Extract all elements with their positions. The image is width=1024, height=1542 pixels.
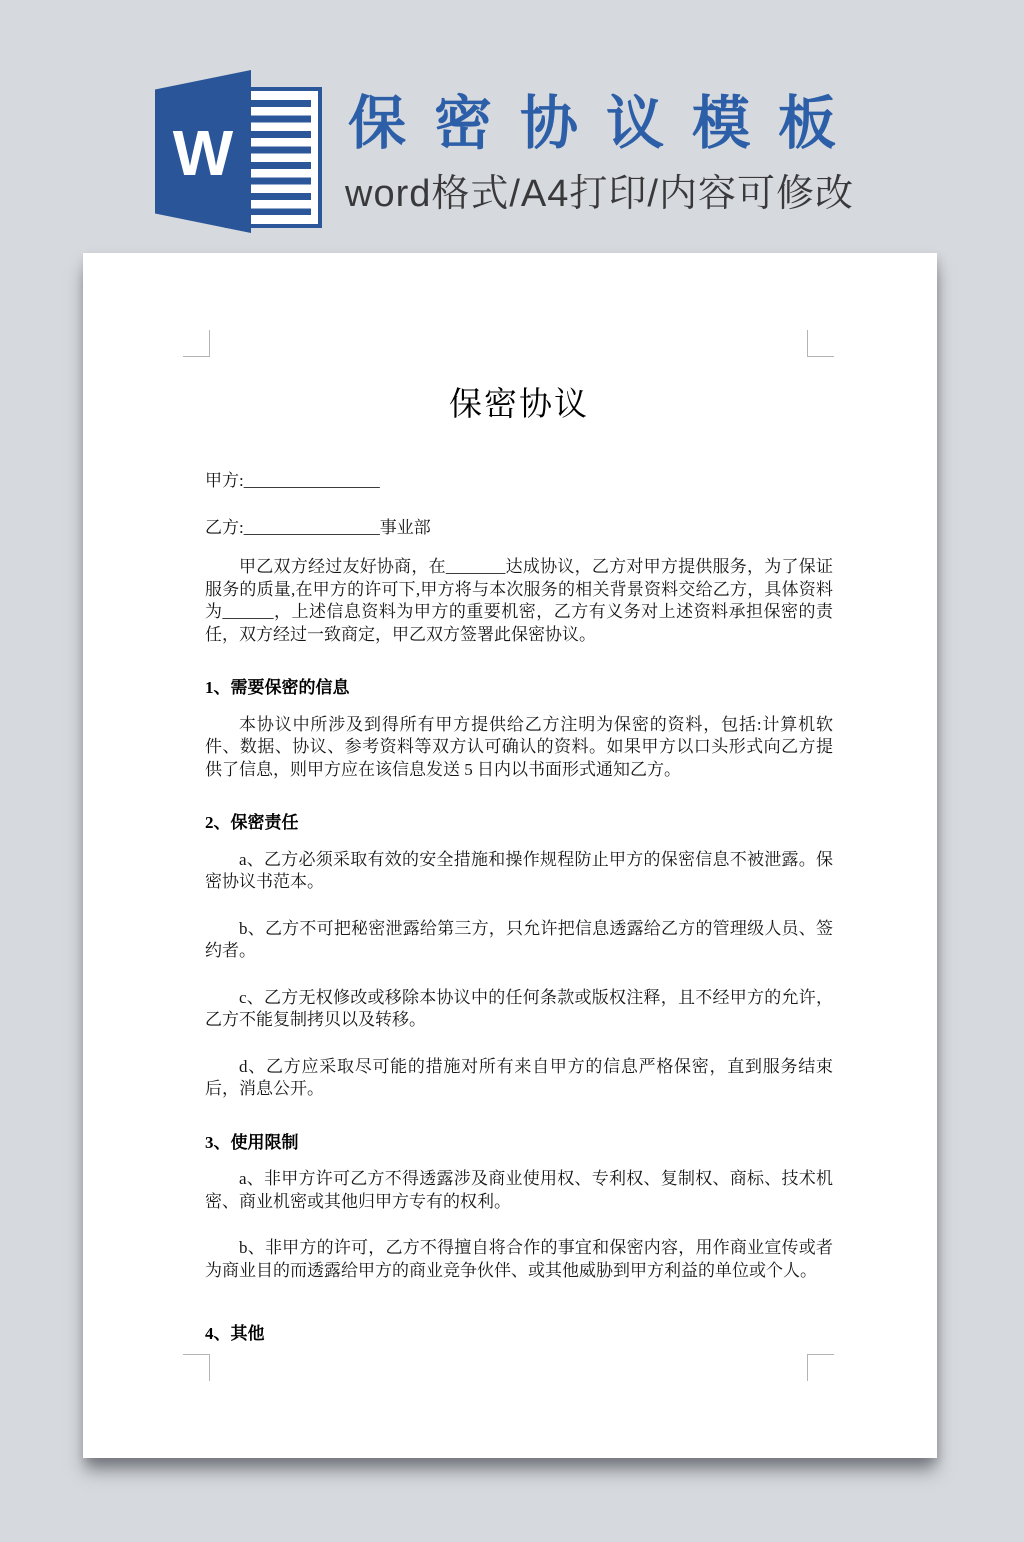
intro-paragraph: 甲乙双方经过友好协商，在_______达成协议，乙方对甲方提供服务，为了保证服务… (205, 556, 833, 646)
template-header: W 保密协议模板 word格式/A4打印/内容可修改 (0, 0, 1024, 253)
word-logo-icon: W (155, 70, 325, 233)
document-content: 保密协议 甲方:________________ 乙方:____________… (205, 253, 833, 1360)
section-2-paragraph-b: b、乙方不可把秘密泄露给第三方，只允许把信息透露给乙方的管理级人员、签约者。 (205, 918, 833, 963)
section-4-heading: 4、其他 (205, 1323, 833, 1346)
document-page: 保密协议 甲方:________________ 乙方:____________… (83, 253, 937, 1458)
section-3-paragraph-b: b、非甲方的许可，乙方不得擅自将合作的事宜和保密内容，用作商业宣传或者为商业目的… (205, 1237, 833, 1282)
section-1-heading: 1、需要保密的信息 (205, 677, 833, 700)
template-title: 保密协议模板 (348, 92, 864, 156)
word-logo-letter: W (173, 119, 233, 185)
section-2-paragraph-a: a、乙方必须采取有效的安全措施和操作规程防止甲方的保密信息不被泄露。保密协议书范… (205, 849, 833, 894)
section-2-paragraph-d: d、乙方应采取尽可能的措施对所有来自甲方的信息严格保密，直到服务结束后，消息公开… (205, 1056, 833, 1101)
section-2-heading: 2、保密责任 (205, 812, 833, 835)
document-title: 保密协议 (205, 383, 833, 427)
section-2-paragraph-c: c、乙方无权修改或移除本协议中的任何条款或版权注释，且不经甲方的允许，乙方不能复… (205, 987, 833, 1032)
section-1-paragraph: 本协议中所涉及到得所有甲方提供给乙方注明为保密的资料，包括:计算机软件、数据、协… (205, 714, 833, 782)
party-b-line: 乙方:________________事业部 (205, 517, 833, 540)
party-a-line: 甲方:________________ (205, 470, 833, 493)
section-3-heading: 3、使用限制 (205, 1132, 833, 1155)
word-logo-cover: W (155, 70, 251, 233)
template-subtitle: word格式/A4打印/内容可修改 (345, 174, 854, 216)
section-3-paragraph-a: a、非甲方许可乙方不得透露涉及商业使用权、专利权、复制权、商标、技术机密、商业机… (205, 1168, 833, 1213)
